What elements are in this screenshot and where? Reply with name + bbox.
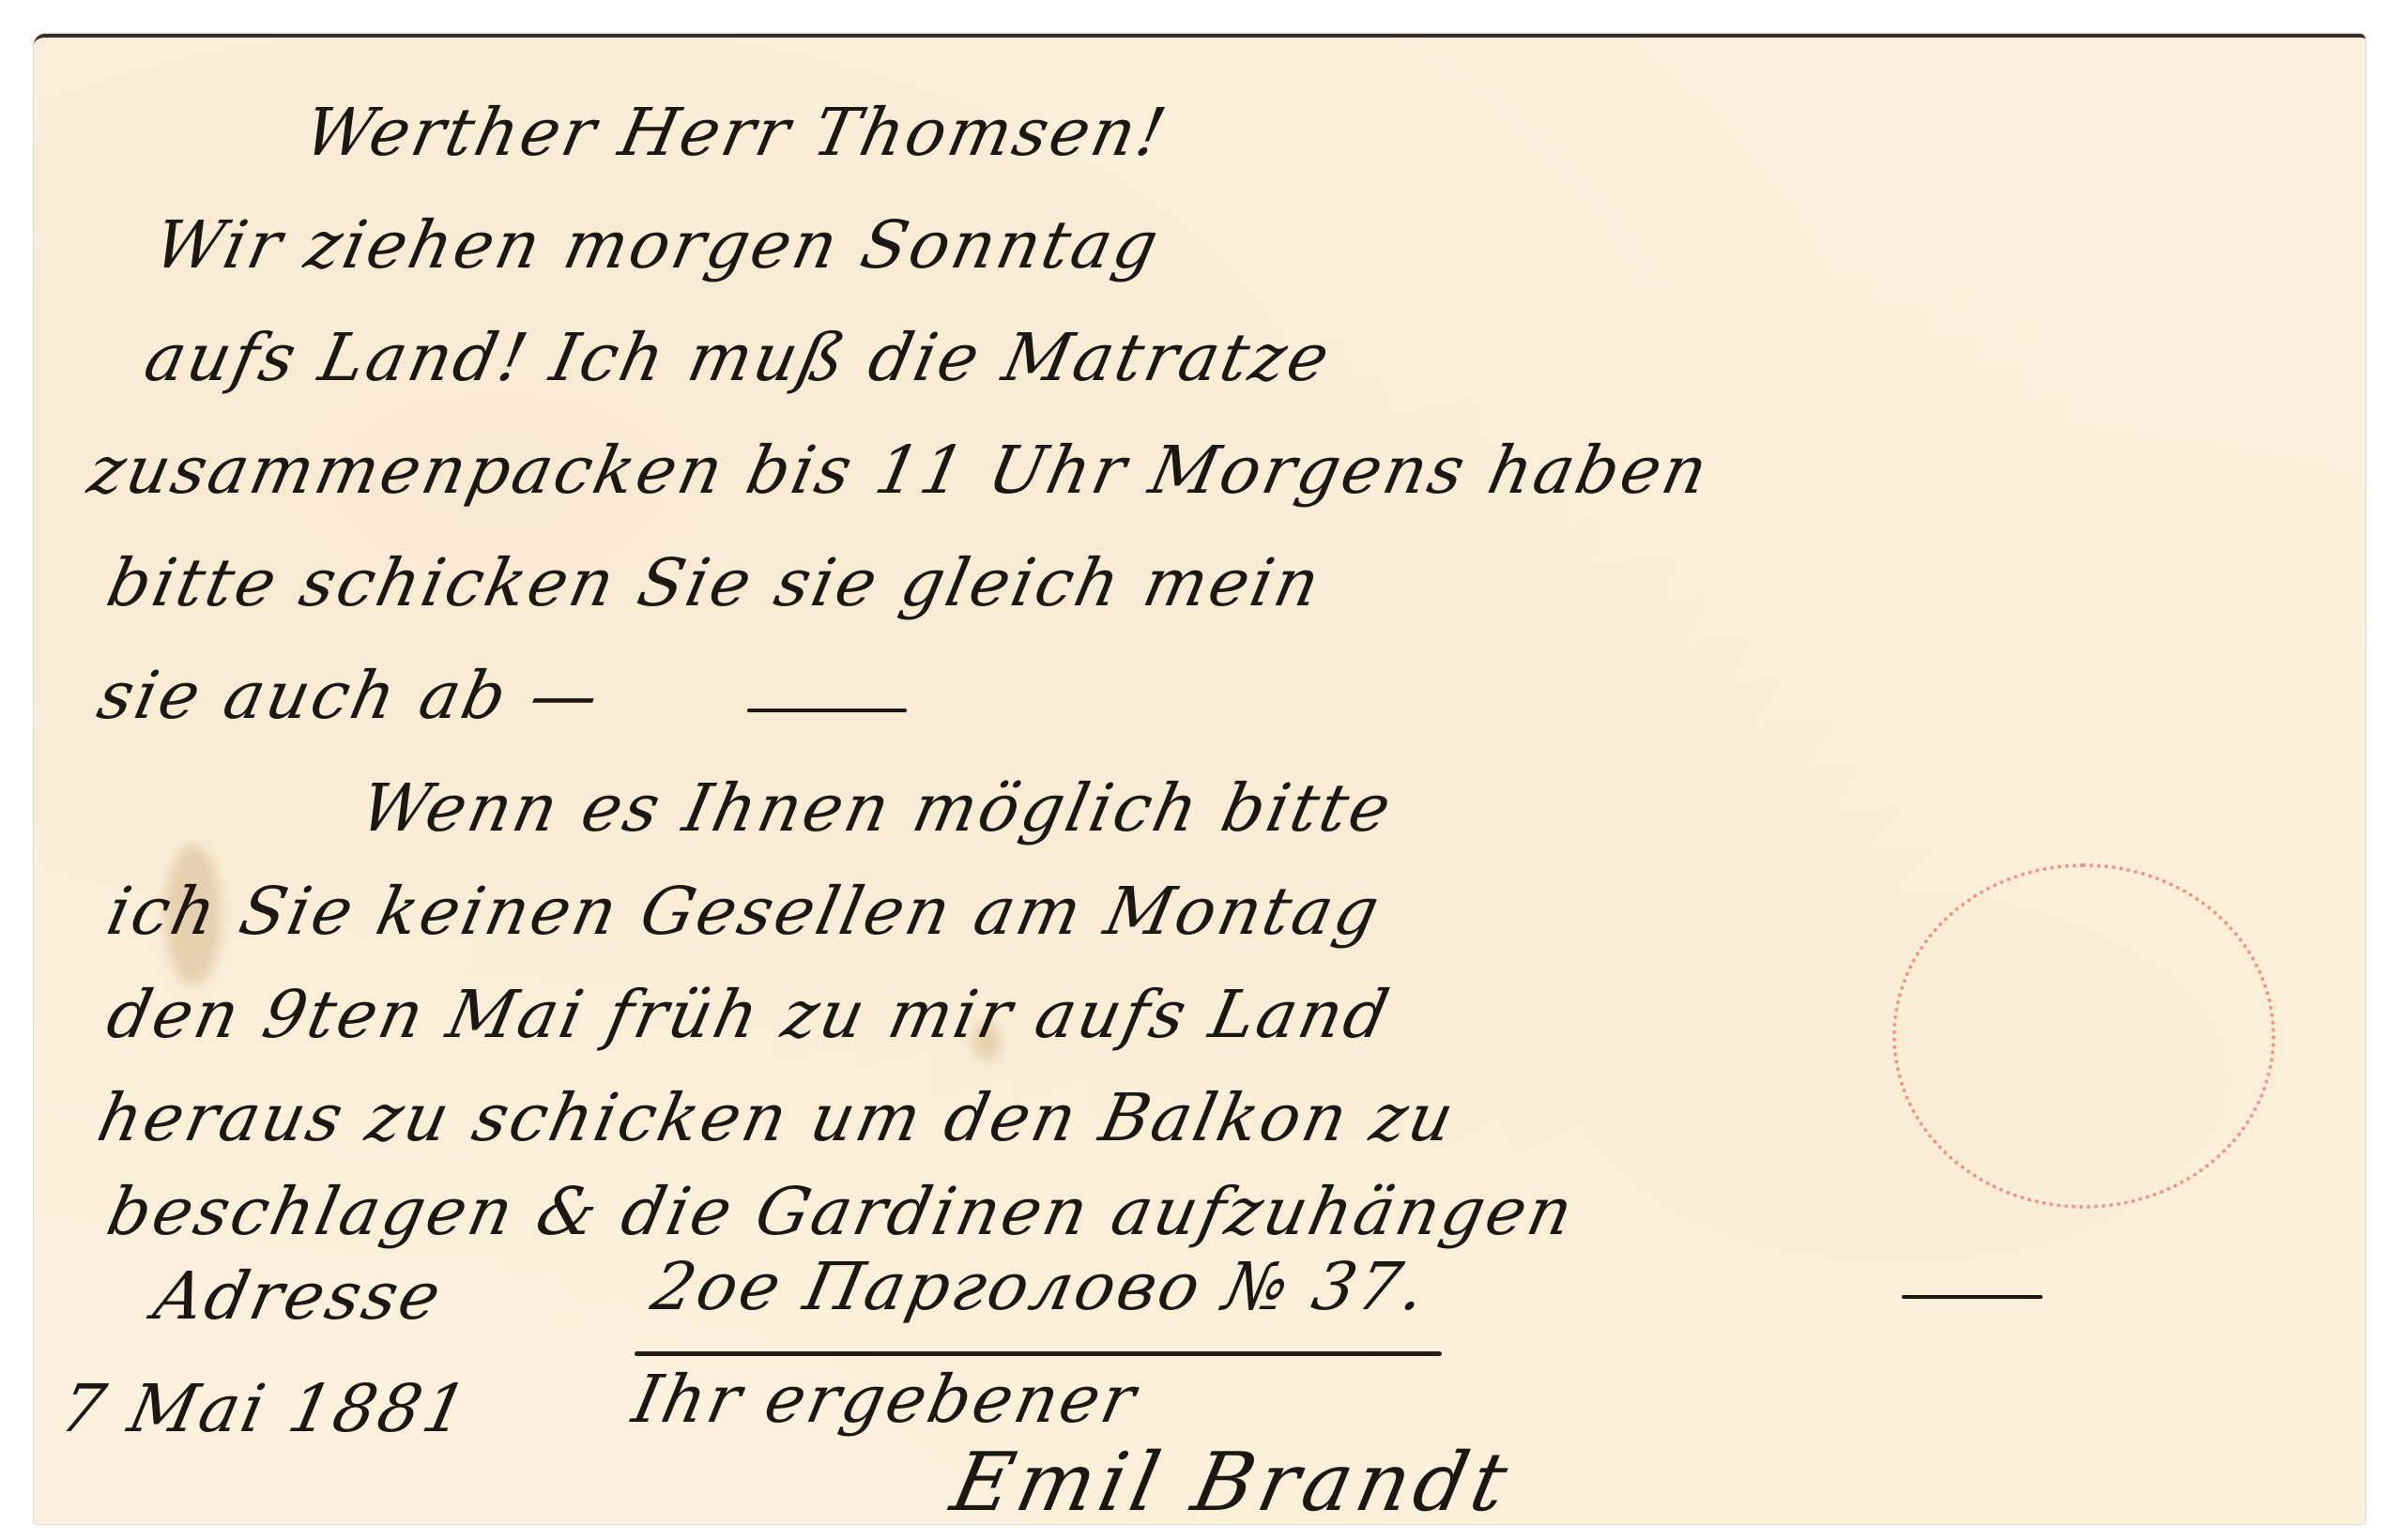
signature: Emil Brandt [943, 1436, 1521, 1530]
closing: Ihr ergebener [626, 1361, 1144, 1438]
red-postmark-stamp [1892, 863, 2275, 1209]
body-line-4: bitte schicken Sie sie gleich mein [100, 544, 1328, 621]
body-line-3: zusammenpacken bis 11 Uhr Morgens haben [82, 432, 1717, 509]
body-line-1: Wir ziehen morgen Sonntag [147, 206, 1167, 283]
body-line-2: aufs Land! Ich muß die Matratze [138, 319, 1339, 396]
dash [1902, 1295, 2043, 1299]
dash [747, 709, 907, 712]
body-line-6: Wenn es Ihnen möglich bitte [354, 770, 1400, 846]
postcard: Werther Herr Thomsen! Wir ziehen morgen … [34, 34, 2365, 1524]
address-label: Adresse [147, 1258, 450, 1334]
body-line-9: heraus zu schicken um den Balkon zu [91, 1079, 1462, 1156]
body-line-5: sie auch ab — [91, 657, 608, 734]
address-underline [635, 1351, 1442, 1356]
date: 7 Mai 1881 [54, 1370, 476, 1447]
greeting: Werther Herr Thomsen! [298, 94, 1174, 171]
address: 2ое Парголово № 37. [645, 1248, 1435, 1325]
body-line-8: den 9ten Mai früh zu mir aufs Land [100, 976, 1398, 1053]
body-line-10: beschlagen & die Gardinen aufzuhängen [100, 1173, 1582, 1250]
body-line-7: ich Sie keinen Gesellen am Montag [100, 873, 1388, 950]
